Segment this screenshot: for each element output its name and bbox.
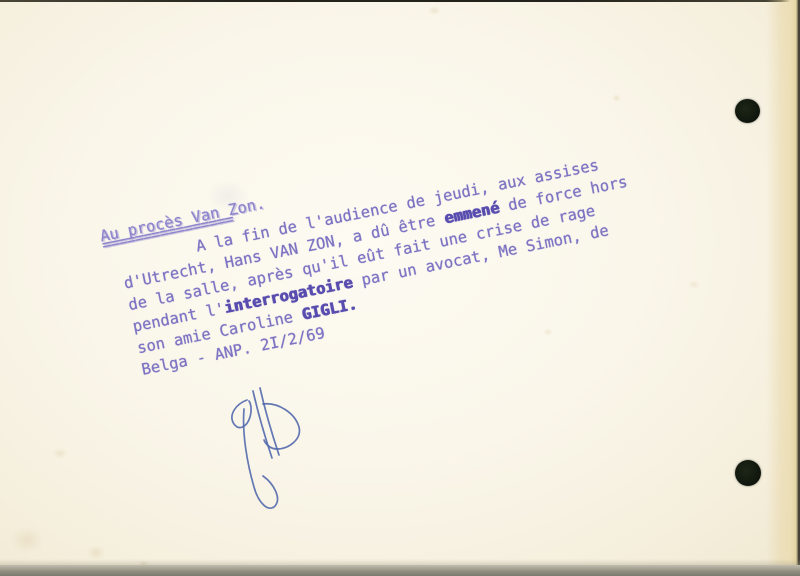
photo-verso-scan: Au procès Van Zon. ================ A la… xyxy=(0,0,800,576)
hole-punch-bottom xyxy=(735,460,761,486)
paper-edge-bottom xyxy=(0,565,800,576)
paper-edge-top xyxy=(0,0,800,2)
handwritten-signature xyxy=(0,0,800,576)
paper-edge-right xyxy=(766,0,800,576)
hole-punch-top xyxy=(735,99,760,123)
